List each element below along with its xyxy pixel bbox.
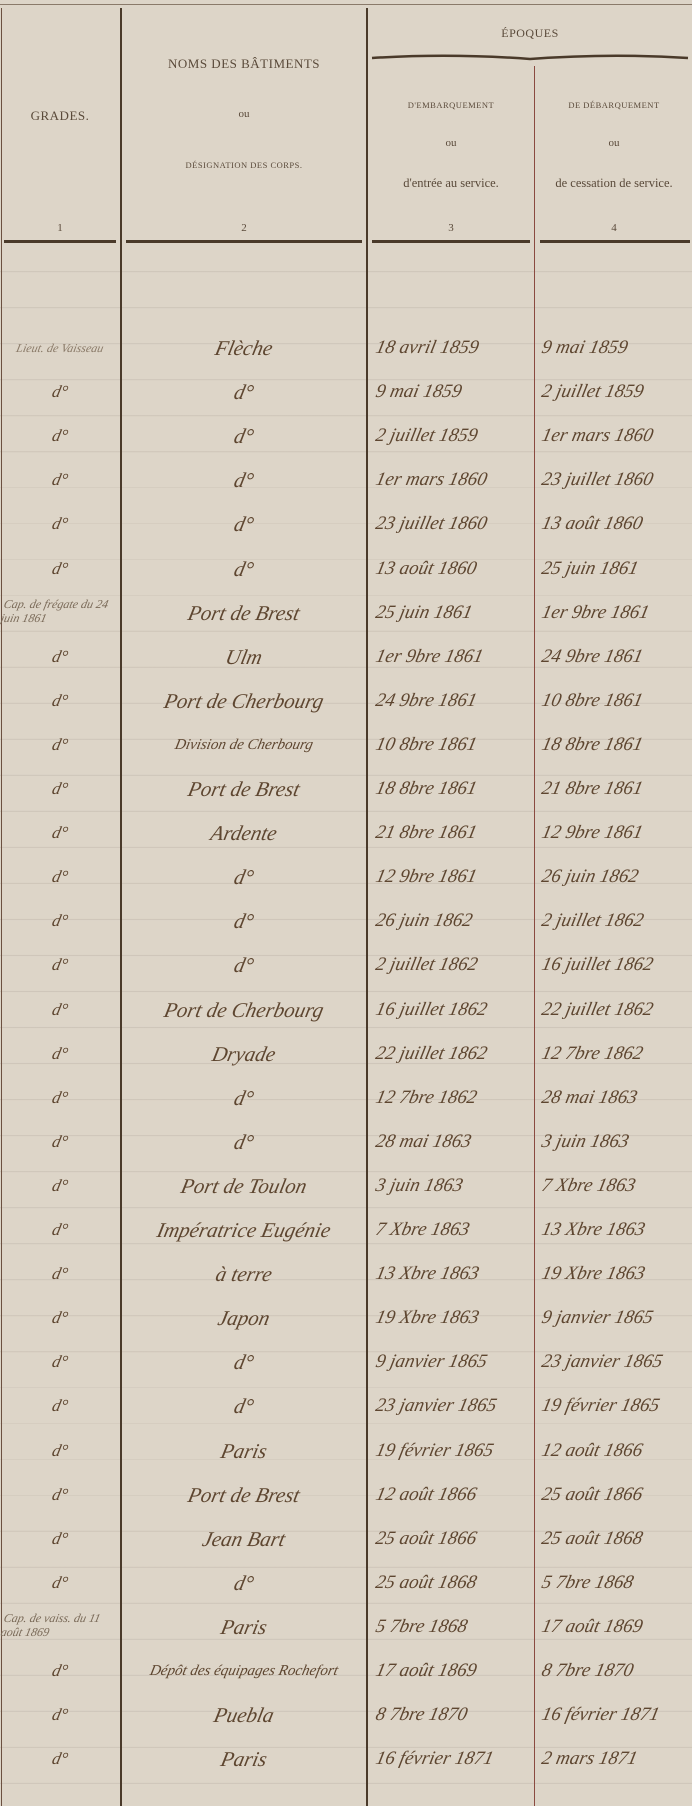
embarquement-cell: 3 juin 1863: [364, 1168, 538, 1204]
header-debarquement: DE DÉBARQUEMENT: [536, 100, 692, 110]
batiment-cell: Impératrice Eugénie: [118, 1212, 370, 1248]
debarquement-cell: 26 juin 1862: [532, 859, 692, 895]
register-row: d° Port de Toulon 3 juin 1863 7 Xbre 186…: [0, 1168, 692, 1204]
embarquement-cell: 26 juin 1862: [364, 903, 538, 939]
debarquement-cell: 21 8bre 1861: [532, 771, 692, 807]
batiment-cell: Ulm: [118, 639, 370, 675]
debarquement-cell: 23 juillet 1860: [532, 462, 692, 498]
grade-cell: d°: [0, 992, 124, 1028]
register-row: d° à terre 13 Xbre 1863 19 Xbre 1863: [0, 1256, 692, 1292]
debarquement-cell: 13 Xbre 1863: [532, 1212, 692, 1248]
register-row: d° Paris 19 février 1865 12 août 1866: [0, 1433, 692, 1469]
batiment-cell: Flèche: [118, 330, 370, 366]
batiment-cell: Paris: [118, 1609, 370, 1645]
batiment-cell: Port de Cherbourg: [118, 992, 370, 1028]
debarquement-cell: 17 août 1869: [532, 1609, 692, 1645]
register-row: d° d° 28 mai 1863 3 juin 1863: [0, 1124, 692, 1160]
debarquement-cell: 16 juillet 1862: [532, 947, 692, 983]
batiment-cell: Division de Cherbourg: [118, 727, 370, 763]
debarquement-cell: 25 août 1868: [532, 1521, 692, 1557]
register-row: d° Paris 16 février 1871 2 mars 1871: [0, 1741, 692, 1777]
grade-cell: d°: [0, 418, 124, 454]
register-row: d° d° 2 juillet 1862 16 juillet 1862: [0, 947, 692, 983]
embarquement-cell: 23 juillet 1860: [364, 506, 538, 542]
embarquement-cell: 9 mai 1859: [364, 374, 538, 410]
register-row: d° d° 23 janvier 1865 19 février 1865: [0, 1388, 692, 1424]
header-col1-number: 1: [0, 222, 120, 234]
embarquement-cell: 13 Xbre 1863: [364, 1256, 538, 1292]
batiment-cell: d°: [118, 1344, 370, 1380]
embarquement-cell: 13 août 1860: [364, 551, 538, 587]
register-row: d° d° 12 7bre 1862 28 mai 1863: [0, 1080, 692, 1116]
header-embarquement-or: ou: [368, 137, 534, 149]
batiment-cell: Port de Brest: [118, 771, 370, 807]
batiment-cell: d°: [118, 462, 370, 498]
grade-cell: d°: [0, 903, 124, 939]
header-epoques: ÉPOQUES: [368, 26, 692, 41]
batiment-cell: Port de Cherbourg: [118, 683, 370, 719]
debarquement-cell: 2 juillet 1862: [532, 903, 692, 939]
grade-cell: d°: [0, 1344, 124, 1380]
debarquement-cell: 19 février 1865: [532, 1388, 692, 1424]
batiment-cell: Paris: [118, 1741, 370, 1777]
register-row: d° Ulm 1er 9bre 1861 24 9bre 1861: [0, 639, 692, 675]
register-row: Lieut. de Vaisseau Flèche 18 avril 1859 …: [0, 330, 692, 366]
register-row: d° Port de Brest 18 8bre 1861 21 8bre 18…: [0, 771, 692, 807]
batiment-cell: Port de Toulon: [118, 1168, 370, 1204]
batiment-cell: d°: [118, 859, 370, 895]
embarquement-cell: 2 juillet 1859: [364, 418, 538, 454]
embarquement-cell: 12 9bre 1861: [364, 859, 538, 895]
grade-cell: d°: [0, 1477, 124, 1513]
register-row: d° d° 12 9bre 1861 26 juin 1862: [0, 859, 692, 895]
debarquement-cell: 1er 9bre 1861: [532, 595, 692, 631]
header-rule-1: [4, 240, 116, 243]
batiment-cell: Paris: [118, 1433, 370, 1469]
debarquement-cell: 2 mars 1871: [532, 1741, 692, 1777]
grade-cell: Cap. de frégate du 24 juin 1861: [0, 595, 124, 631]
grade-cell: d°: [0, 551, 124, 587]
header-col4-number: 4: [536, 222, 692, 234]
debarquement-cell: 12 août 1866: [532, 1433, 692, 1469]
grade-cell: Lieut. de Vaisseau: [0, 330, 124, 366]
embarquement-cell: 28 mai 1863: [364, 1124, 538, 1160]
batiment-cell: Puebla: [118, 1697, 370, 1733]
grade-cell: d°: [0, 1212, 124, 1248]
register-row: d° Ardente 21 8bre 1861 12 9bre 1861: [0, 815, 692, 851]
register-row: d° d° 9 mai 1859 2 juillet 1859: [0, 374, 692, 410]
debarquement-cell: 25 juin 1861: [532, 551, 692, 587]
embarquement-cell: 25 août 1868: [364, 1565, 538, 1601]
grade-cell: d°: [0, 1653, 124, 1689]
register-row: d° d° 26 juin 1862 2 juillet 1862: [0, 903, 692, 939]
debarquement-cell: 9 janvier 1865: [532, 1300, 692, 1336]
register-row: d° Port de Cherbourg 24 9bre 1861 10 8br…: [0, 683, 692, 719]
grade-cell: d°: [0, 1036, 124, 1072]
batiment-cell: d°: [118, 1565, 370, 1601]
embarquement-cell: 22 juillet 1862: [364, 1036, 538, 1072]
embarquement-cell: 5 7bre 1868: [364, 1609, 538, 1645]
top-border: [0, 4, 692, 5]
grade-cell: d°: [0, 506, 124, 542]
batiment-cell: d°: [118, 1388, 370, 1424]
register-row: d° d° 23 juillet 1860 13 août 1860: [0, 506, 692, 542]
register-row: d° Division de Cherbourg 10 8bre 1861 18…: [0, 727, 692, 763]
batiment-cell: d°: [118, 947, 370, 983]
embarquement-cell: 25 août 1866: [364, 1521, 538, 1557]
embarquement-cell: 24 9bre 1861: [364, 683, 538, 719]
register-row: d° Dryade 22 juillet 1862 12 7bre 1862: [0, 1036, 692, 1072]
register-page: GRADES. 1 NOMS DES BÂTIMENTS ou DÉSIGNAT…: [0, 0, 692, 1806]
debarquement-cell: 22 juillet 1862: [532, 992, 692, 1028]
grade-cell: d°: [0, 1256, 124, 1292]
grade-cell: d°: [0, 1168, 124, 1204]
register-row: d° Jean Bart 25 août 1866 25 août 1868: [0, 1521, 692, 1557]
batiment-cell: d°: [118, 506, 370, 542]
header-grades: GRADES.: [0, 108, 120, 124]
debarquement-cell: 10 8bre 1861: [532, 683, 692, 719]
header-cessation-service: de cessation de service.: [536, 176, 692, 191]
batiment-cell: Jean Bart: [118, 1521, 370, 1557]
header-rule-2: [126, 240, 362, 243]
embarquement-cell: 16 juillet 1862: [364, 992, 538, 1028]
grade-cell: d°: [0, 947, 124, 983]
register-row: d° Impératrice Eugénie 7 Xbre 1863 13 Xb…: [0, 1212, 692, 1248]
grade-cell: d°: [0, 639, 124, 675]
grade-cell: d°: [0, 727, 124, 763]
batiment-cell: Port de Brest: [118, 595, 370, 631]
batiment-cell: Port de Brest: [118, 1477, 370, 1513]
debarquement-cell: 13 août 1860: [532, 506, 692, 542]
embarquement-cell: 18 8bre 1861: [364, 771, 538, 807]
grade-cell: d°: [0, 683, 124, 719]
embarquement-cell: 12 7bre 1862: [364, 1080, 538, 1116]
embarquement-cell: 2 juillet 1862: [364, 947, 538, 983]
batiment-cell: Dryade: [118, 1036, 370, 1072]
embarquement-cell: 16 février 1871: [364, 1741, 538, 1777]
embarquement-cell: 9 janvier 1865: [364, 1344, 538, 1380]
embarquement-cell: 1er 9bre 1861: [364, 639, 538, 675]
grade-cell: d°: [0, 462, 124, 498]
batiment-cell: Ardente: [118, 815, 370, 851]
debarquement-cell: 2 juillet 1859: [532, 374, 692, 410]
batiment-cell: Japon: [118, 1300, 370, 1336]
debarquement-cell: 8 7bre 1870: [532, 1653, 692, 1689]
grade-cell: d°: [0, 1697, 124, 1733]
header-designation: DÉSIGNATION DES CORPS.: [122, 160, 366, 170]
grade-cell: d°: [0, 1565, 124, 1601]
batiment-cell: Dépôt des équipages Rochefort: [118, 1653, 370, 1689]
batiment-cell: d°: [118, 374, 370, 410]
register-row: d° Dépôt des équipages Rochefort 17 août…: [0, 1653, 692, 1689]
embarquement-cell: 19 Xbre 1863: [364, 1300, 538, 1336]
header-batiments: NOMS DES BÂTIMENTS: [122, 56, 366, 72]
debarquement-cell: 5 7bre 1868: [532, 1565, 692, 1601]
embarquement-cell: 19 février 1865: [364, 1433, 538, 1469]
header-embarquement: D'EMBARQUEMENT: [368, 100, 534, 110]
embarquement-cell: 7 Xbre 1863: [364, 1212, 538, 1248]
grade-cell: d°: [0, 1388, 124, 1424]
debarquement-cell: 25 août 1866: [532, 1477, 692, 1513]
register-row: d° d° 1er mars 1860 23 juillet 1860: [0, 462, 692, 498]
embarquement-cell: 12 août 1866: [364, 1477, 538, 1513]
debarquement-cell: 24 9bre 1861: [532, 639, 692, 675]
register-row: d° Port de Cherbourg 16 juillet 1862 22 …: [0, 992, 692, 1028]
header-col3-number: 3: [368, 222, 534, 234]
embarquement-cell: 25 juin 1861: [364, 595, 538, 631]
register-row: d° d° 2 juillet 1859 1er mars 1860: [0, 418, 692, 454]
batiment-cell: d°: [118, 1124, 370, 1160]
grade-cell: d°: [0, 1300, 124, 1336]
grade-cell: d°: [0, 1433, 124, 1469]
grade-cell: d°: [0, 771, 124, 807]
header-rule-4: [540, 240, 690, 243]
debarquement-cell: 12 7bre 1862: [532, 1036, 692, 1072]
debarquement-cell: 28 mai 1863: [532, 1080, 692, 1116]
register-row: d° d° 9 janvier 1865 23 janvier 1865: [0, 1344, 692, 1380]
embarquement-cell: 1er mars 1860: [364, 462, 538, 498]
header-col2-number: 2: [122, 222, 366, 234]
debarquement-cell: 1er mars 1860: [532, 418, 692, 454]
header-debarquement-or: ou: [536, 137, 692, 149]
grade-cell: d°: [0, 374, 124, 410]
header-rule-3: [372, 240, 530, 243]
header-entree-service: d'entrée au service.: [368, 176, 534, 191]
batiment-cell: d°: [118, 1080, 370, 1116]
grade-cell: d°: [0, 1080, 124, 1116]
embarquement-cell: 21 8bre 1861: [364, 815, 538, 851]
register-row: d° Puebla 8 7bre 1870 16 février 1871: [0, 1697, 692, 1733]
register-row: d° Port de Brest 12 août 1866 25 août 18…: [0, 1477, 692, 1513]
batiment-cell: d°: [118, 903, 370, 939]
grade-cell: d°: [0, 859, 124, 895]
batiment-cell: d°: [118, 551, 370, 587]
register-row: Cap. de vaiss. du 11 août 1869 Paris 5 7…: [0, 1609, 692, 1645]
embarquement-cell: 8 7bre 1870: [364, 1697, 538, 1733]
debarquement-cell: 7 Xbre 1863: [532, 1168, 692, 1204]
debarquement-cell: 16 février 1871: [532, 1697, 692, 1733]
batiment-cell: d°: [118, 418, 370, 454]
register-row: d° d° 25 août 1868 5 7bre 1868: [0, 1565, 692, 1601]
debarquement-cell: 18 8bre 1861: [532, 727, 692, 763]
grade-cell: d°: [0, 1124, 124, 1160]
grade-cell: d°: [0, 1741, 124, 1777]
grade-cell: d°: [0, 1521, 124, 1557]
header-batiments-or: ou: [122, 108, 366, 120]
batiment-cell: à terre: [118, 1256, 370, 1292]
grade-cell: d°: [0, 815, 124, 851]
embarquement-cell: 18 avril 1859: [364, 330, 538, 366]
debarquement-cell: 12 9bre 1861: [532, 815, 692, 851]
embarquement-cell: 10 8bre 1861: [364, 727, 538, 763]
register-row: d° d° 13 août 1860 25 juin 1861: [0, 551, 692, 587]
embarquement-cell: 23 janvier 1865: [364, 1388, 538, 1424]
grade-cell: Cap. de vaiss. du 11 août 1869: [0, 1609, 124, 1645]
brace-ornament: [370, 52, 690, 64]
debarquement-cell: 23 janvier 1865: [532, 1344, 692, 1380]
debarquement-cell: 9 mai 1859: [532, 330, 692, 366]
debarquement-cell: 3 juin 1863: [532, 1124, 692, 1160]
register-row: Cap. de frégate du 24 juin 1861 Port de …: [0, 595, 692, 631]
debarquement-cell: 19 Xbre 1863: [532, 1256, 692, 1292]
embarquement-cell: 17 août 1869: [364, 1653, 538, 1689]
register-row: d° Japon 19 Xbre 1863 9 janvier 1865: [0, 1300, 692, 1336]
